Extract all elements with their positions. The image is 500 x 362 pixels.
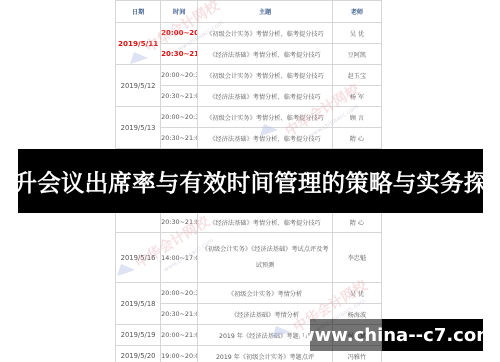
date-cell: 2019/5/13 bbox=[116, 107, 161, 149]
date-cell: 2019/5/12 bbox=[116, 65, 161, 107]
topic-cell: 《经济法基础》考情分析、临考提分技巧 bbox=[198, 212, 333, 233]
date-cell: 2019/5/18 bbox=[116, 283, 161, 325]
time-cell: 19:00~20:00 bbox=[161, 346, 198, 362]
time-cell: 20:00~20:30 bbox=[161, 65, 198, 86]
time-cell: 14:00~17:00 bbox=[161, 233, 198, 283]
table-row: 2019/5/11 20:00~20:30 《初级会计实务》考情分析、临考提分技… bbox=[116, 23, 382, 44]
teacher-cell: 顾 言 bbox=[332, 107, 381, 128]
time-cell: 20:30~21:00 bbox=[161, 86, 198, 107]
time-cell: 20:30~21:00 bbox=[161, 304, 198, 325]
teacher-cell: 吴 优 bbox=[332, 283, 381, 304]
time-cell: 20:00~20:30 bbox=[161, 283, 198, 304]
topic-cell: 《初级会计实务》考情分析、临考提分技巧 bbox=[198, 65, 333, 86]
topic-cell: 《经济法基础》考情分析、临考提分技巧 bbox=[198, 44, 333, 65]
time-cell: 20:00~20:30 bbox=[161, 23, 198, 44]
time-cell: 20:30~21:00 bbox=[161, 44, 198, 65]
topic-cell: 《初级会计实务》考情分析、临考提分技巧 bbox=[198, 107, 333, 128]
teacher-cell: 吴 优 bbox=[332, 23, 381, 44]
topic-cell: 《经济法基础》考情分析、临考提分技巧 bbox=[198, 86, 333, 107]
teacher-cell: 杨 军 bbox=[332, 86, 381, 107]
table-row: 2019/5/16 14:00~17:00 《初级会计实务》《经济法基础》考试点… bbox=[116, 233, 382, 283]
table-header-row: 日期 时间 主题 老师 bbox=[116, 1, 382, 23]
date-cell: 2019/5/19 bbox=[116, 325, 161, 346]
title-banner-text: 提升会议出席率与有效时间管理的策略与实务探讨 bbox=[18, 149, 483, 213]
date-cell: 2019/5/16 bbox=[116, 233, 161, 283]
header-date: 日期 bbox=[116, 1, 161, 23]
table-row: 2019/5/18 20:00~20:30 《初级会计实务》考情分析 吴 优 bbox=[116, 283, 382, 304]
time-cell: 20:00~20:30 bbox=[161, 107, 198, 128]
teacher-cell: 李忠魁 bbox=[332, 233, 381, 283]
header-time: 时间 bbox=[161, 1, 198, 23]
topic-cell: 《初级会计实务》《经济法基础》考试点评及考试预测 bbox=[198, 233, 333, 283]
teacher-cell: 隋 心 bbox=[332, 212, 381, 233]
header-topic: 主题 bbox=[198, 1, 333, 23]
time-cell: 20:00~21:00 bbox=[161, 325, 198, 346]
teacher-cell: 赵玉宝 bbox=[332, 65, 381, 86]
date-cell: 2019/5/20 bbox=[116, 346, 161, 362]
time-cell: 20:30~21:00 bbox=[161, 212, 198, 233]
teacher-cell: 豆阿凯 bbox=[332, 44, 381, 65]
table-row: 2019/5/12 20:00~20:30 《初级会计实务》考情分析、临考提分技… bbox=[116, 65, 382, 86]
topic-cell: 《初级会计实务》考情分析 bbox=[198, 283, 333, 304]
date-cell: 2019/5/11 bbox=[116, 23, 161, 65]
table-row: 2019/5/13 20:00~20:30 《初级会计实务》考情分析、临考提分技… bbox=[116, 107, 382, 128]
topic-cell: 《初级会计实务》考情分析、临考提分技巧 bbox=[198, 23, 333, 44]
teacher-cell: 隋 心 bbox=[332, 128, 381, 149]
topic-cell: 《经济法基础》考情分析、临考提分技巧 bbox=[198, 128, 333, 149]
time-cell: 20:30~21:00 bbox=[161, 128, 198, 149]
header-teacher: 老师 bbox=[332, 1, 381, 23]
url-banner-text: www.china--c7.com bbox=[310, 319, 483, 351]
